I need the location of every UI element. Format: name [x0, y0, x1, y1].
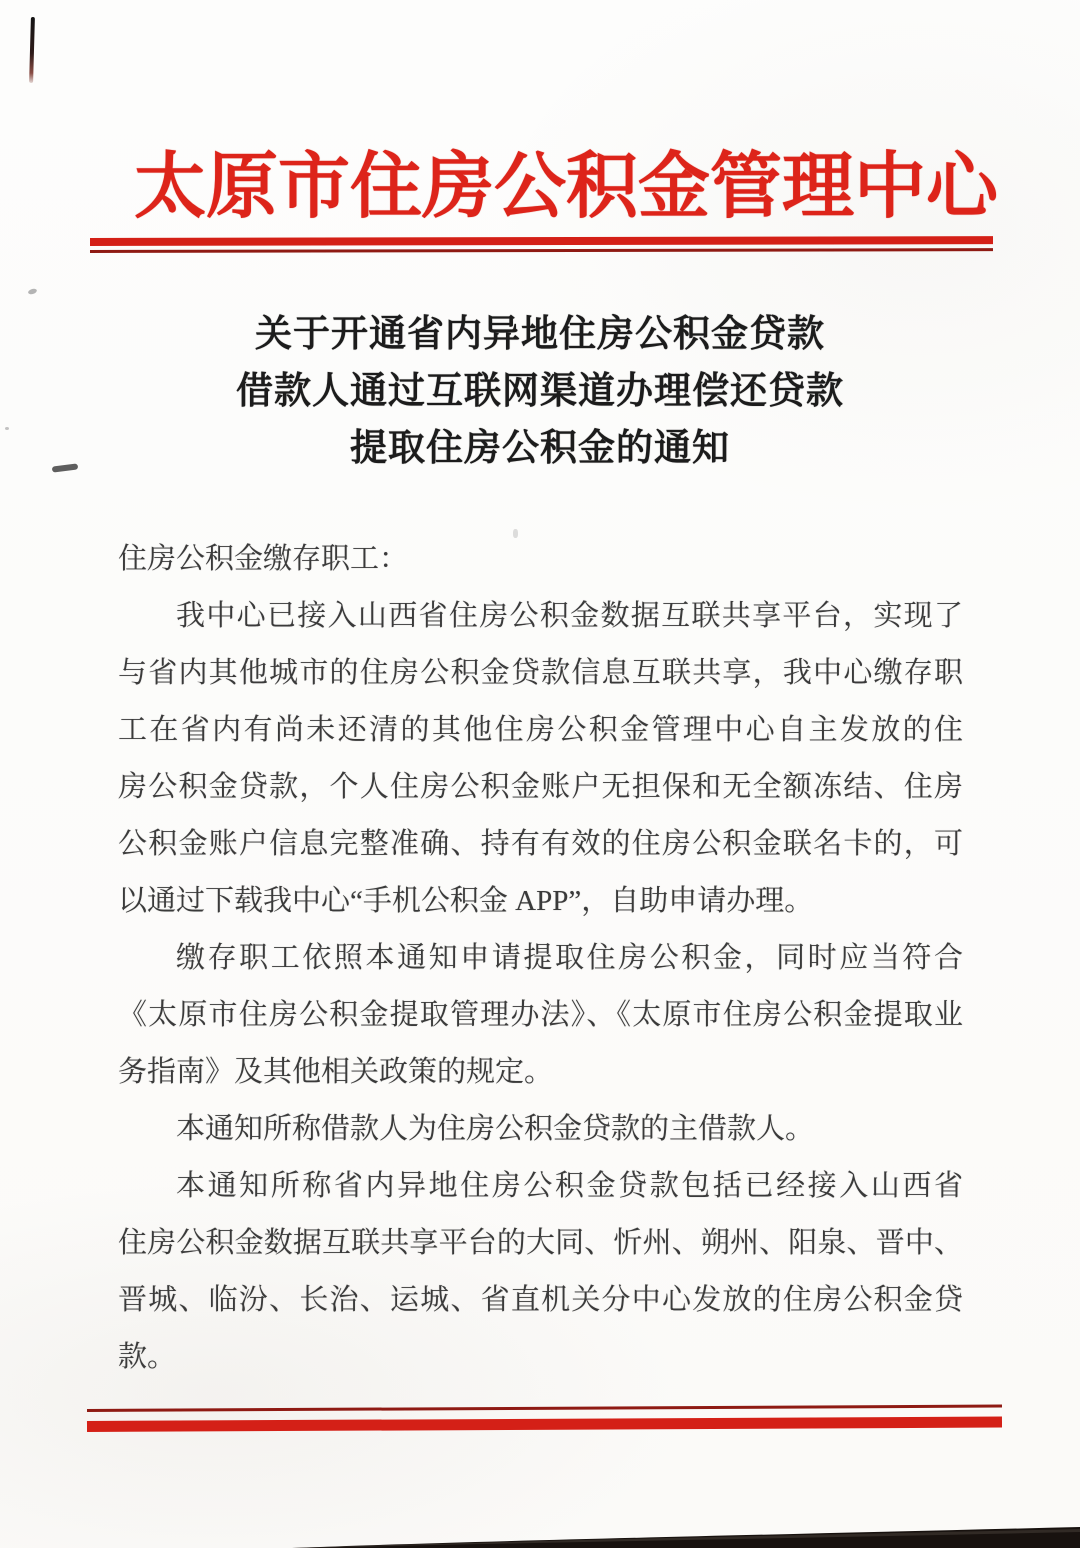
footer-divider-thin [87, 1405, 1002, 1412]
letterhead-divider-thick [90, 236, 993, 246]
footer-divider-thick [87, 1417, 1002, 1432]
body-line: 我中心已接入山西省住房公积金数据互联共享平台，实现了 [118, 588, 963, 645]
scan-pen-stroke-artifact [29, 17, 35, 83]
notice-title-line-3: 提取住房公积金的通知 [0, 420, 1080, 477]
body-line: 房公积金贷款，个人住房公积金账户无担保和无全额冻结、住房 [118, 759, 963, 816]
scan-page-edge-shadow [0, 1522, 1080, 1548]
body-line: 务指南》及其他相关政策的规定。 [118, 1044, 963, 1101]
body-line: 晋城、临汾、长治、运城、省直机关分中心发放的住房公积金贷 [118, 1272, 963, 1329]
scanned-notice-page: 太原市住房公积金管理中心 关于开通省内异地住房公积金贷款 借款人通过互联网渠道办… [0, 0, 1080, 1548]
notice-title: 关于开通省内异地住房公积金贷款 借款人通过互联网渠道办理偿还贷款 提取住房公积金… [0, 306, 1080, 477]
body-line: 本通知所称借款人为住房公积金贷款的主借款人。 [118, 1101, 963, 1158]
notice-body: 住房公积金缴存职工： 我中心已接入山西省住房公积金数据互联共享平台，实现了 与省… [118, 531, 963, 1386]
letterhead-org-name: 太原市住房公积金管理中心 [26, 141, 1080, 233]
body-line: 公积金账户信息完整准确、持有有效的住房公积金联名卡的，可 [118, 816, 963, 873]
scan-speck-artifact [27, 288, 37, 296]
body-line: 住房公积金数据互联共享平台的大同、忻州、朔州、阳泉、晋中、 [118, 1215, 963, 1272]
body-line: 以通过下载我中心“手机公积金 APP”，自助申请办理。 [118, 873, 963, 930]
salutation: 住房公积金缴存职工： [118, 531, 963, 588]
body-line: 《太原市住房公积金提取管理办法》、《太原市住房公积金提取业 [118, 987, 963, 1044]
body-line: 款。 [118, 1329, 963, 1386]
notice-title-line-1: 关于开通省内异地住房公积金贷款 [0, 306, 1080, 363]
notice-title-line-2: 借款人通过互联网渠道办理偿还贷款 [0, 363, 1080, 420]
body-line: 与省内其他城市的住房公积金贷款信息互联共享，我中心缴存职 [118, 645, 963, 702]
body-line: 工在省内有尚未还清的其他住房公积金管理中心自主发放的住 [118, 702, 963, 759]
body-line: 本通知所称省内异地住房公积金贷款包括已经接入山西省 [118, 1158, 963, 1215]
body-line: 缴存职工依照本通知申请提取住房公积金，同时应当符合 [118, 930, 963, 987]
letterhead-divider-thin [90, 248, 993, 253]
